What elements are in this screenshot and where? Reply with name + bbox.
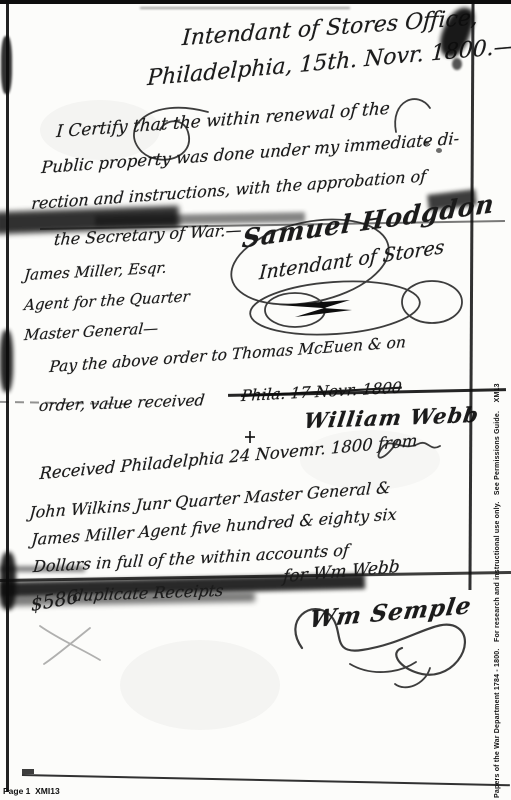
page-footer-label: Page 1 XMI13 bbox=[3, 786, 60, 796]
addressee-line-3: Master General— bbox=[23, 319, 159, 344]
paper-stain bbox=[120, 640, 280, 730]
pay-order-struck-date: Phila. 17 Novr. 1800 bbox=[240, 379, 402, 406]
document-scan: Intendant of Stores Office, Philadelphia… bbox=[0, 0, 511, 800]
addressee-line-2: Agent for the Quarter bbox=[23, 287, 190, 314]
hodgdon-signature: Samuel Hodgdon bbox=[241, 189, 496, 254]
top-border-line bbox=[0, 0, 511, 4]
left-edge-blob bbox=[0, 552, 16, 610]
certification-line-4: the Secretary of War.— bbox=[53, 220, 242, 249]
right-paper-edge-line bbox=[468, 0, 474, 590]
receipt-amount: $586 bbox=[30, 586, 79, 616]
crease-tick-mark bbox=[22, 769, 34, 774]
scratch-marks bbox=[40, 626, 100, 664]
certification-line-1: I Certify that the within renewal of the bbox=[56, 99, 391, 142]
top-faint-line bbox=[140, 7, 350, 9]
receipt-line-5: duplicate Receipts bbox=[72, 581, 224, 605]
signature-loop bbox=[248, 276, 421, 340]
cross-mark bbox=[245, 436, 255, 438]
left-edge-blob bbox=[1, 36, 12, 94]
signature-bowtie bbox=[278, 300, 352, 317]
margin-note: Papers of the War Department 1784 - 1800… bbox=[494, 486, 501, 798]
left-border-line bbox=[6, 0, 9, 792]
bottom-crease-line bbox=[22, 774, 510, 786]
left-edge-blob bbox=[0, 330, 13, 392]
receipt-line-1: Received Philadelphia 24 Novemr. 1800 fr… bbox=[39, 431, 418, 483]
endorsement-signature: Wm Semple bbox=[308, 592, 474, 634]
pay-order-line-2: order, value received bbox=[38, 391, 205, 415]
webb-signature: William Webb bbox=[302, 402, 480, 433]
addressee-line-1: James Miller, Esqr. bbox=[23, 259, 167, 285]
cross-mark bbox=[249, 431, 251, 443]
